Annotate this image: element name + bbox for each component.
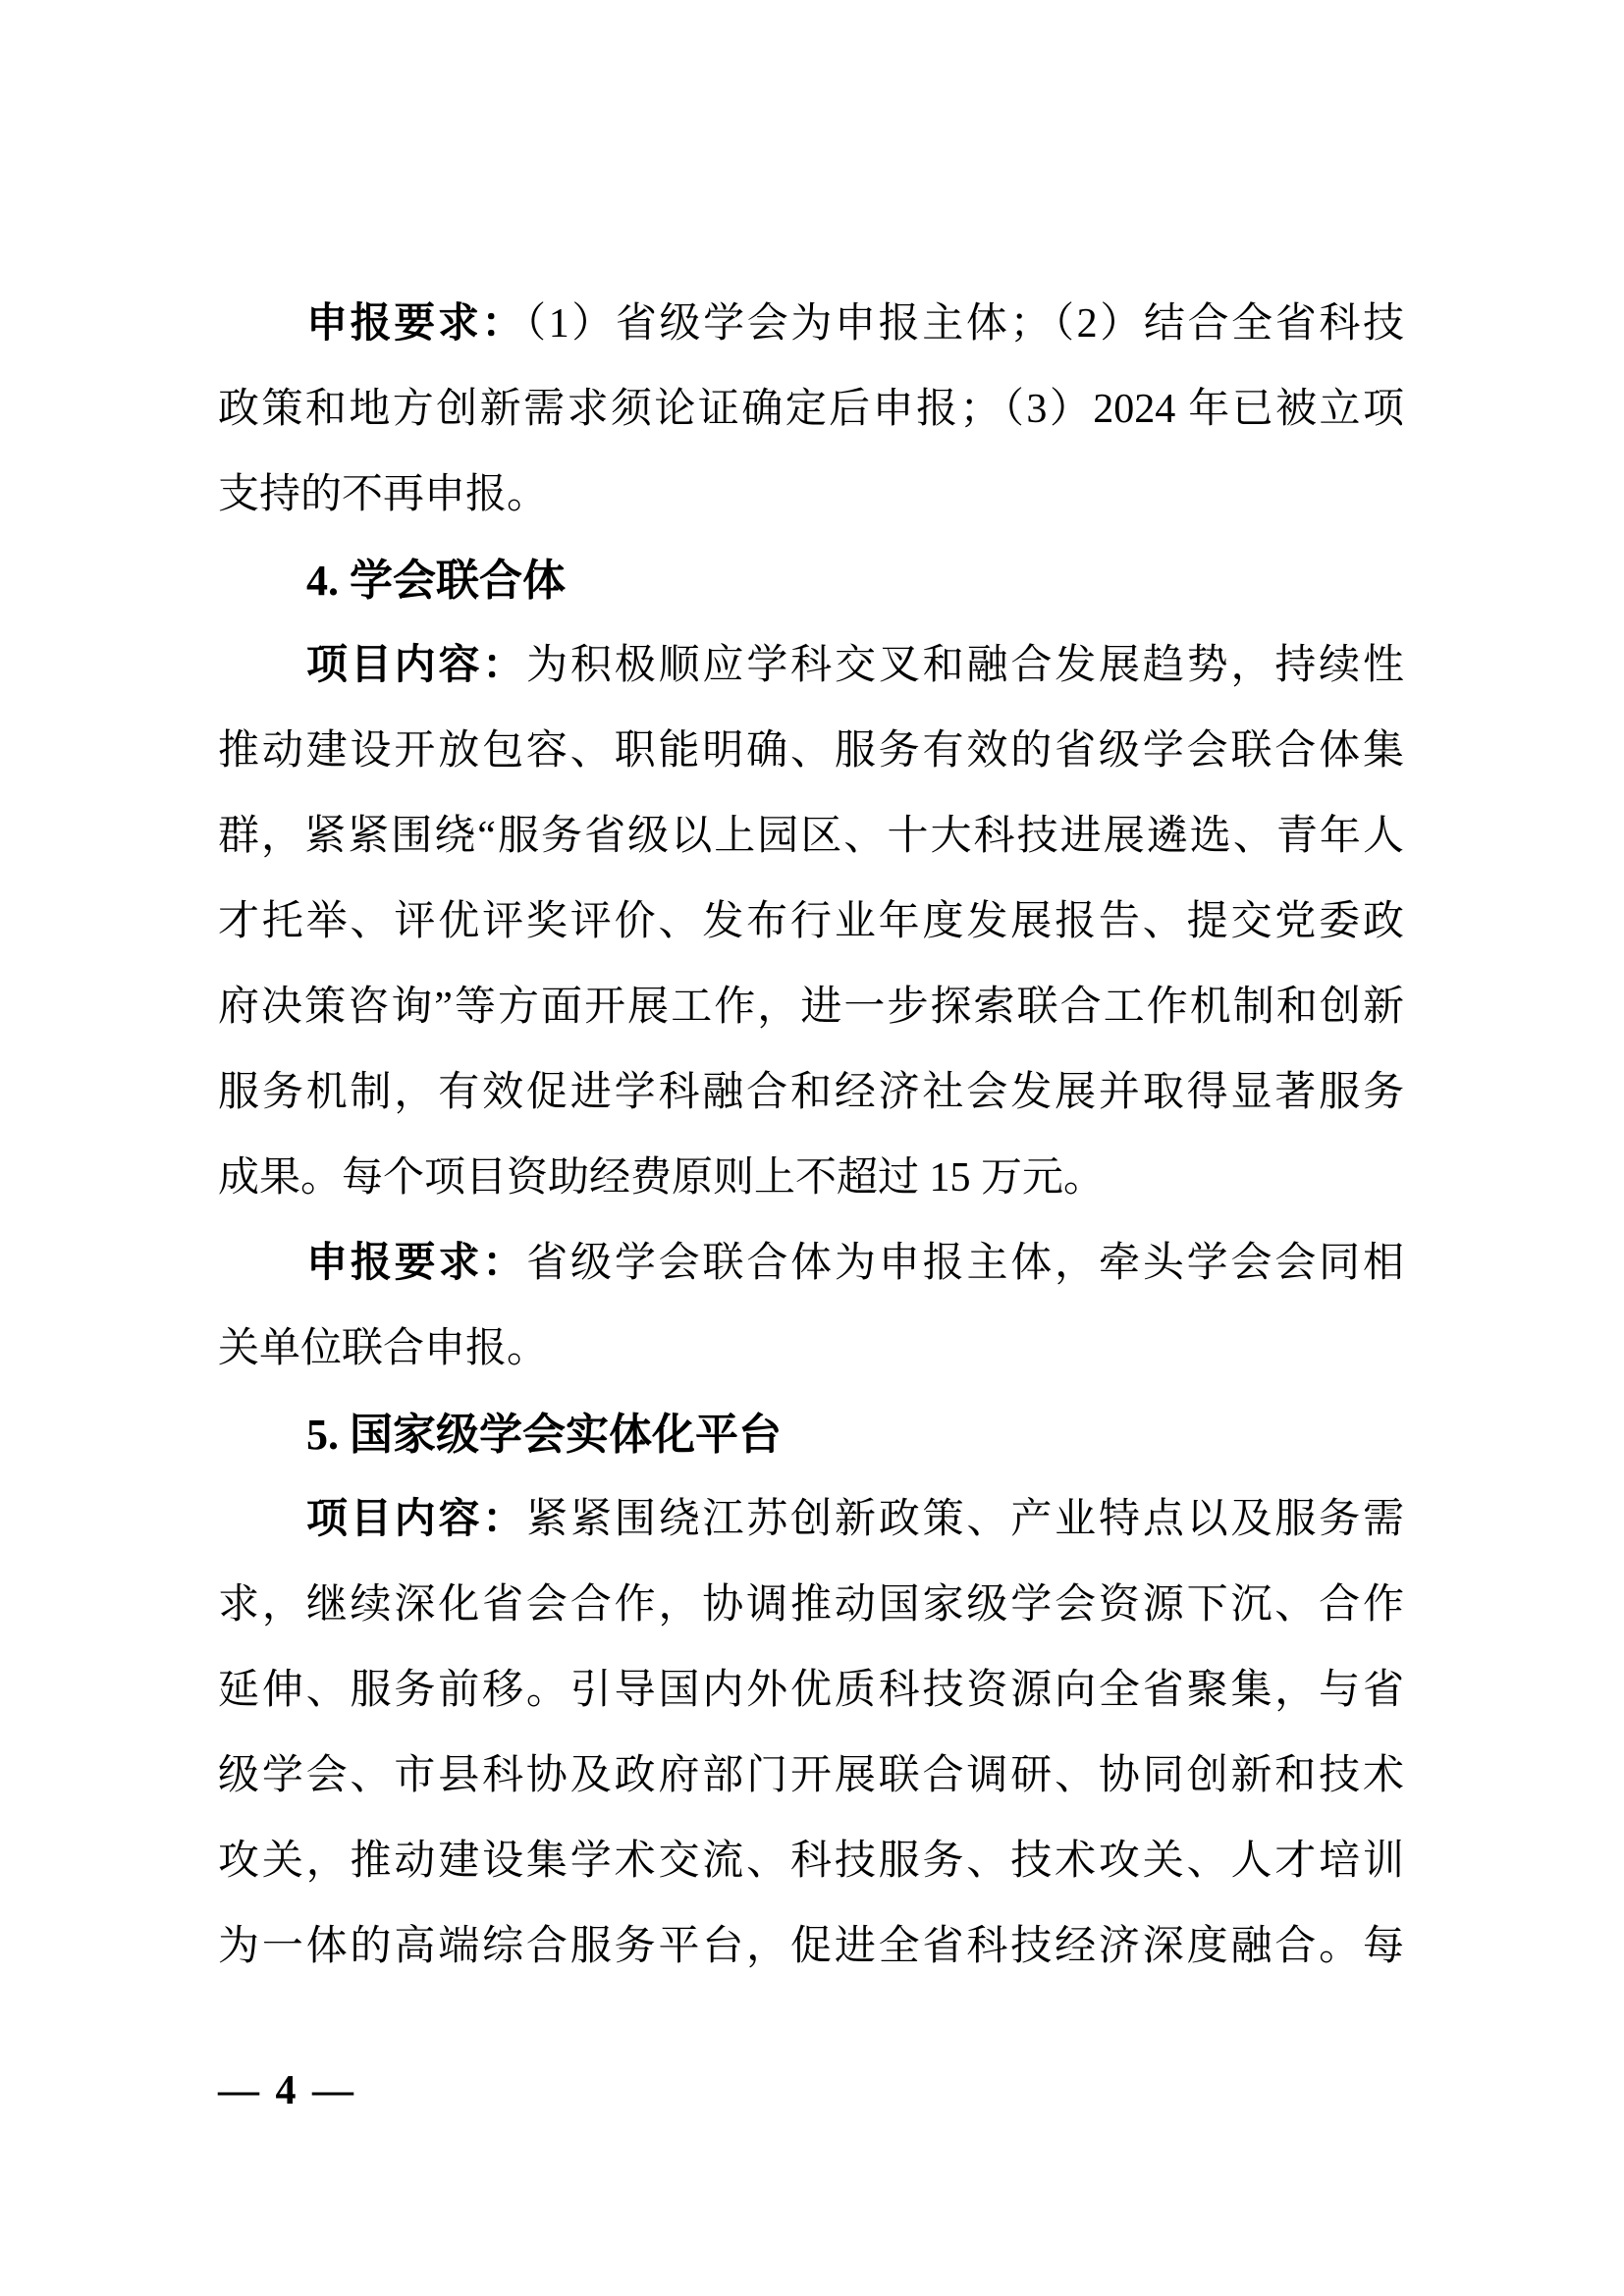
page-number: — 4 — [218, 2058, 356, 2123]
lead-label: 申报要求： [306, 301, 525, 347]
document-line: 攻关，推动建设集学术交流、科技服务、技术攻关、人才培训 [218, 1819, 1404, 1904]
document-line: 群，紧紧围绕“服务省级以上园区、十大科技进展遴选、青年人 [218, 794, 1404, 880]
document-line: 才托举、评优评奖评价、发布行业年度发展报告、提交党委政 [218, 880, 1404, 965]
document-line: 申报要求：省级学会联合体为申报主体，牵头学会会同相 [218, 1221, 1404, 1307]
document-line: 支持的不再申报。 [218, 453, 1404, 538]
section-heading: 4. 学会联合体 [218, 538, 1404, 623]
document-line: 求，继续深化省会合作，协调推动国家级学会资源下沉、合作 [218, 1563, 1404, 1648]
document-line: 推动建设开放包容、职能明确、服务有效的省级学会联合体集 [218, 709, 1404, 794]
document-line: 申报要求：（1）省级学会为申报主体；（2）结合全省科技 [218, 282, 1404, 367]
lead-label: 项目内容： [306, 643, 526, 688]
document-line: 政策和地方创新需求须论证确定后申报；（3）2024 年已被立项 [218, 367, 1404, 453]
lead-label: 申报要求： [306, 1241, 526, 1286]
document-page: 申报要求：（1）省级学会为申报主体；（2）结合全省科技政策和地方创新需求须论证确… [0, 0, 1624, 2296]
document-line: 项目内容：紧紧围绕江苏创新政策、产业特点以及服务需 [218, 1477, 1404, 1563]
document-line: 成果。每个项目资助经费原则上不超过 15 万元。 [218, 1136, 1404, 1221]
document-line: 延伸、服务前移。引导国内外优质科技资源向全省聚集，与省 [218, 1648, 1404, 1734]
lead-label: 项目内容： [306, 1497, 526, 1542]
document-body: 申报要求：（1）省级学会为申报主体；（2）结合全省科技政策和地方创新需求须论证确… [218, 282, 1404, 1990]
document-line: 为一体的高端综合服务平台，促进全省科技经济深度融合。每 [218, 1904, 1404, 1990]
document-line: 关单位联合申报。 [218, 1307, 1404, 1392]
document-line: 级学会、市县科协及政府部门开展联合调研、协同创新和技术 [218, 1734, 1404, 1819]
document-line: 服务机制，有效促进学科融合和经济社会发展并取得显著服务 [218, 1050, 1404, 1136]
section-heading: 5. 国家级学会实体化平台 [218, 1392, 1404, 1477]
document-line: 项目内容：为积极顺应学科交叉和融合发展趋势，持续性 [218, 623, 1404, 709]
document-line: 府决策咨询”等方面开展工作，进一步探索联合工作机制和创新 [218, 965, 1404, 1050]
